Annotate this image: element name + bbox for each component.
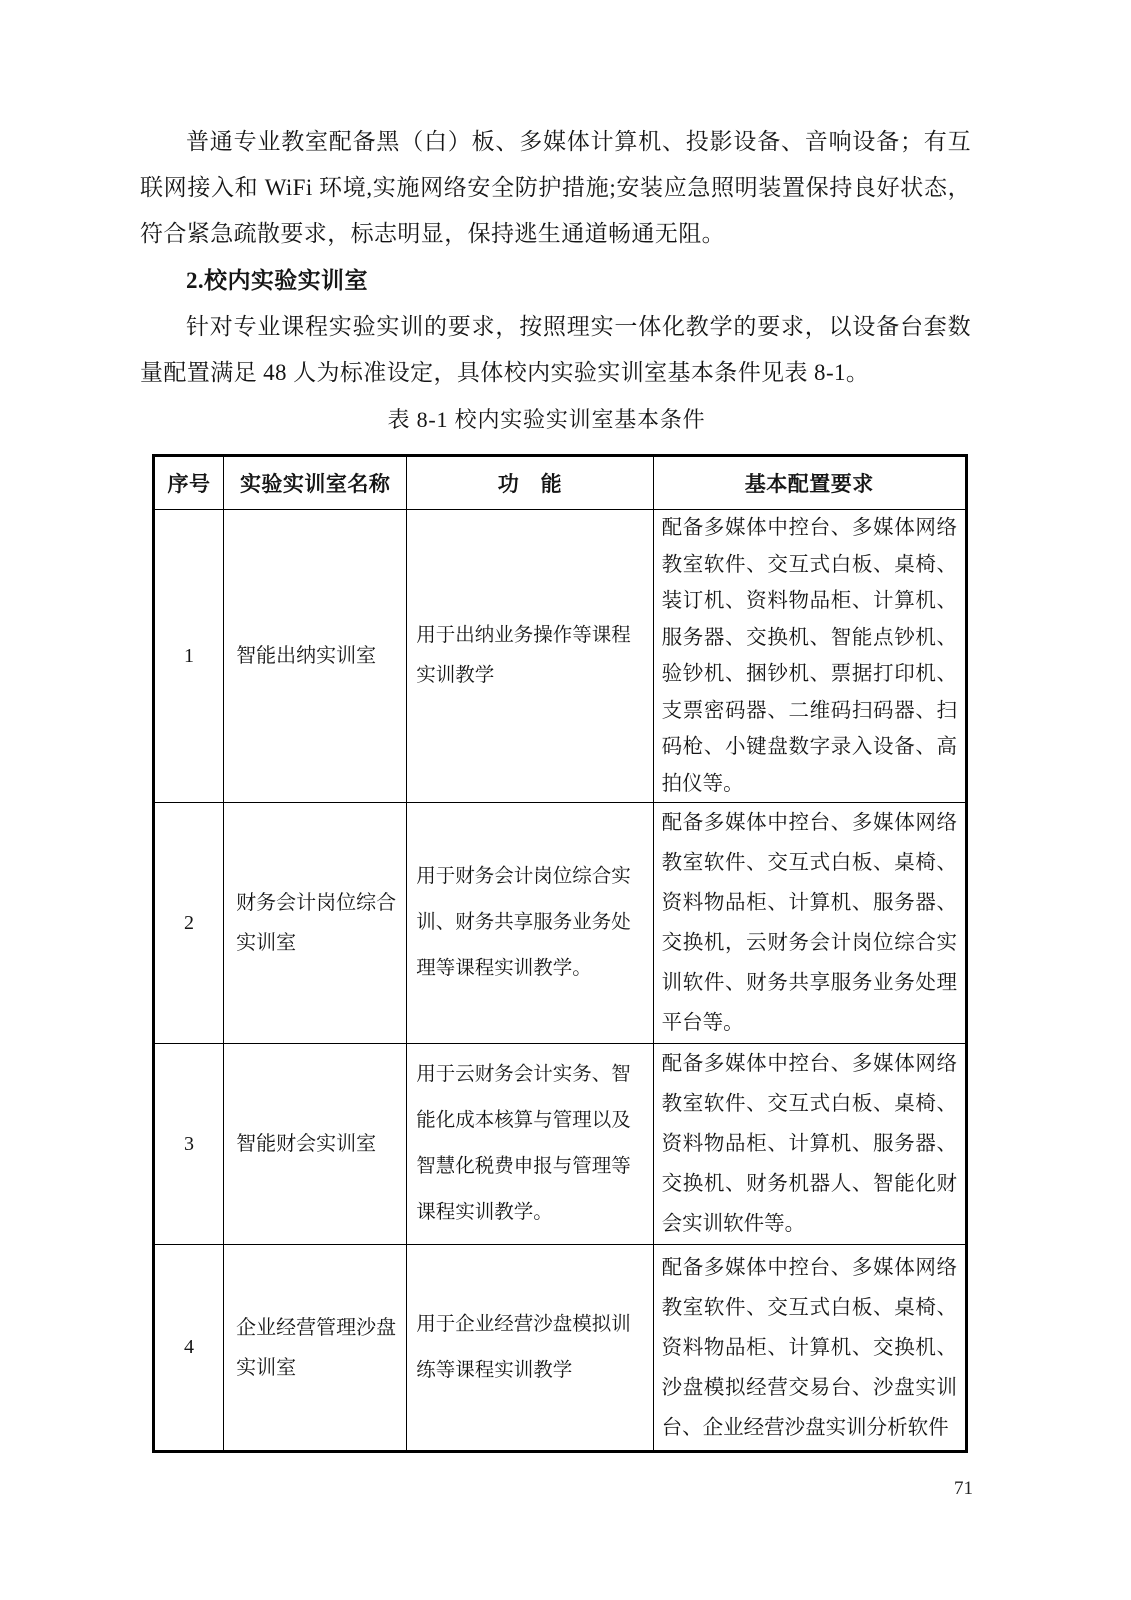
page-number: 71 bbox=[954, 1478, 973, 1500]
training-room-table: 序号 实验实训室名称 功 能 基本配置要求 1 智能出纳实训室 用于出纳业务操作… bbox=[152, 454, 968, 1453]
intro-paragraph: 普通专业教室配备黑（白）板、多媒体计算机、投影设备、音响设备；有互联网接入和 W… bbox=[140, 119, 971, 257]
header-no: 序号 bbox=[154, 456, 224, 510]
row-config: 配备多媒体中控台、多媒体网络教室软件、交互式白板、桌椅、资料物品柜、计算机、交换… bbox=[653, 1245, 966, 1452]
table-header-row: 序号 实验实训室名称 功 能 基本配置要求 bbox=[154, 456, 967, 510]
row-name: 智能出纳实训室 bbox=[224, 510, 407, 803]
row-function: 用于出纳业务操作等课程实训教学 bbox=[407, 510, 653, 803]
row-name: 企业经营管理沙盘实训室 bbox=[224, 1245, 407, 1452]
row-config: 配备多媒体中控台、多媒体网络教室软件、交互式白板、桌椅、装订机、资料物品柜、计算… bbox=[653, 510, 966, 803]
row-config: 配备多媒体中控台、多媒体网络教室软件、交互式白板、桌椅、资料物品柜、计算机、服务… bbox=[653, 1044, 966, 1245]
row-function: 用于云财务会计实务、智能化成本核算与管理以及智慧化税费申报与管理等课程实训教学。 bbox=[407, 1044, 653, 1245]
table-row: 3 智能财会实训室 用于云财务会计实务、智能化成本核算与管理以及智慧化税费申报与… bbox=[154, 1044, 967, 1245]
row-no: 1 bbox=[154, 510, 224, 803]
row-function: 用于财务会计岗位综合实训、财务共享服务业务处理等课程实训教学。 bbox=[407, 803, 653, 1044]
table-row: 2 财务会计岗位综合实训室 用于财务会计岗位综合实训、财务共享服务业务处理等课程… bbox=[154, 803, 967, 1044]
row-name: 财务会计岗位综合实训室 bbox=[224, 803, 407, 1044]
row-name: 智能财会实训室 bbox=[224, 1044, 407, 1245]
table-row: 4 企业经营管理沙盘实训室 用于企业经营沙盘模拟训练等课程实训教学 配备多媒体中… bbox=[154, 1245, 967, 1452]
section-heading: 2.校内实验实训室 bbox=[140, 257, 971, 304]
header-function: 功 能 bbox=[407, 456, 653, 510]
row-config: 配备多媒体中控台、多媒体网络教室软件、交互式白板、桌椅、资料物品柜、计算机、服务… bbox=[653, 803, 966, 1044]
table-row: 1 智能出纳实训室 用于出纳业务操作等课程实训教学 配备多媒体中控台、多媒体网络… bbox=[154, 510, 967, 803]
row-no: 4 bbox=[154, 1245, 224, 1452]
setup-paragraph: 针对专业课程实验实训的要求，按照理实一体化教学的要求，以设备台套数量配置满足 4… bbox=[140, 304, 971, 396]
row-function: 用于企业经营沙盘模拟训练等课程实训教学 bbox=[407, 1245, 653, 1452]
document-page: { "content": { "paragraph_intro": "普通专业教… bbox=[0, 0, 1131, 1600]
row-no: 2 bbox=[154, 803, 224, 1044]
header-config: 基本配置要求 bbox=[653, 456, 966, 510]
row-no: 3 bbox=[154, 1044, 224, 1245]
page-content: 普通专业教室配备黑（白）板、多媒体计算机、投影设备、音响设备；有互联网接入和 W… bbox=[0, 0, 1131, 1453]
table-caption: 表 8-1 校内实验实训室基本条件 bbox=[140, 399, 953, 441]
header-name: 实验实训室名称 bbox=[224, 456, 407, 510]
